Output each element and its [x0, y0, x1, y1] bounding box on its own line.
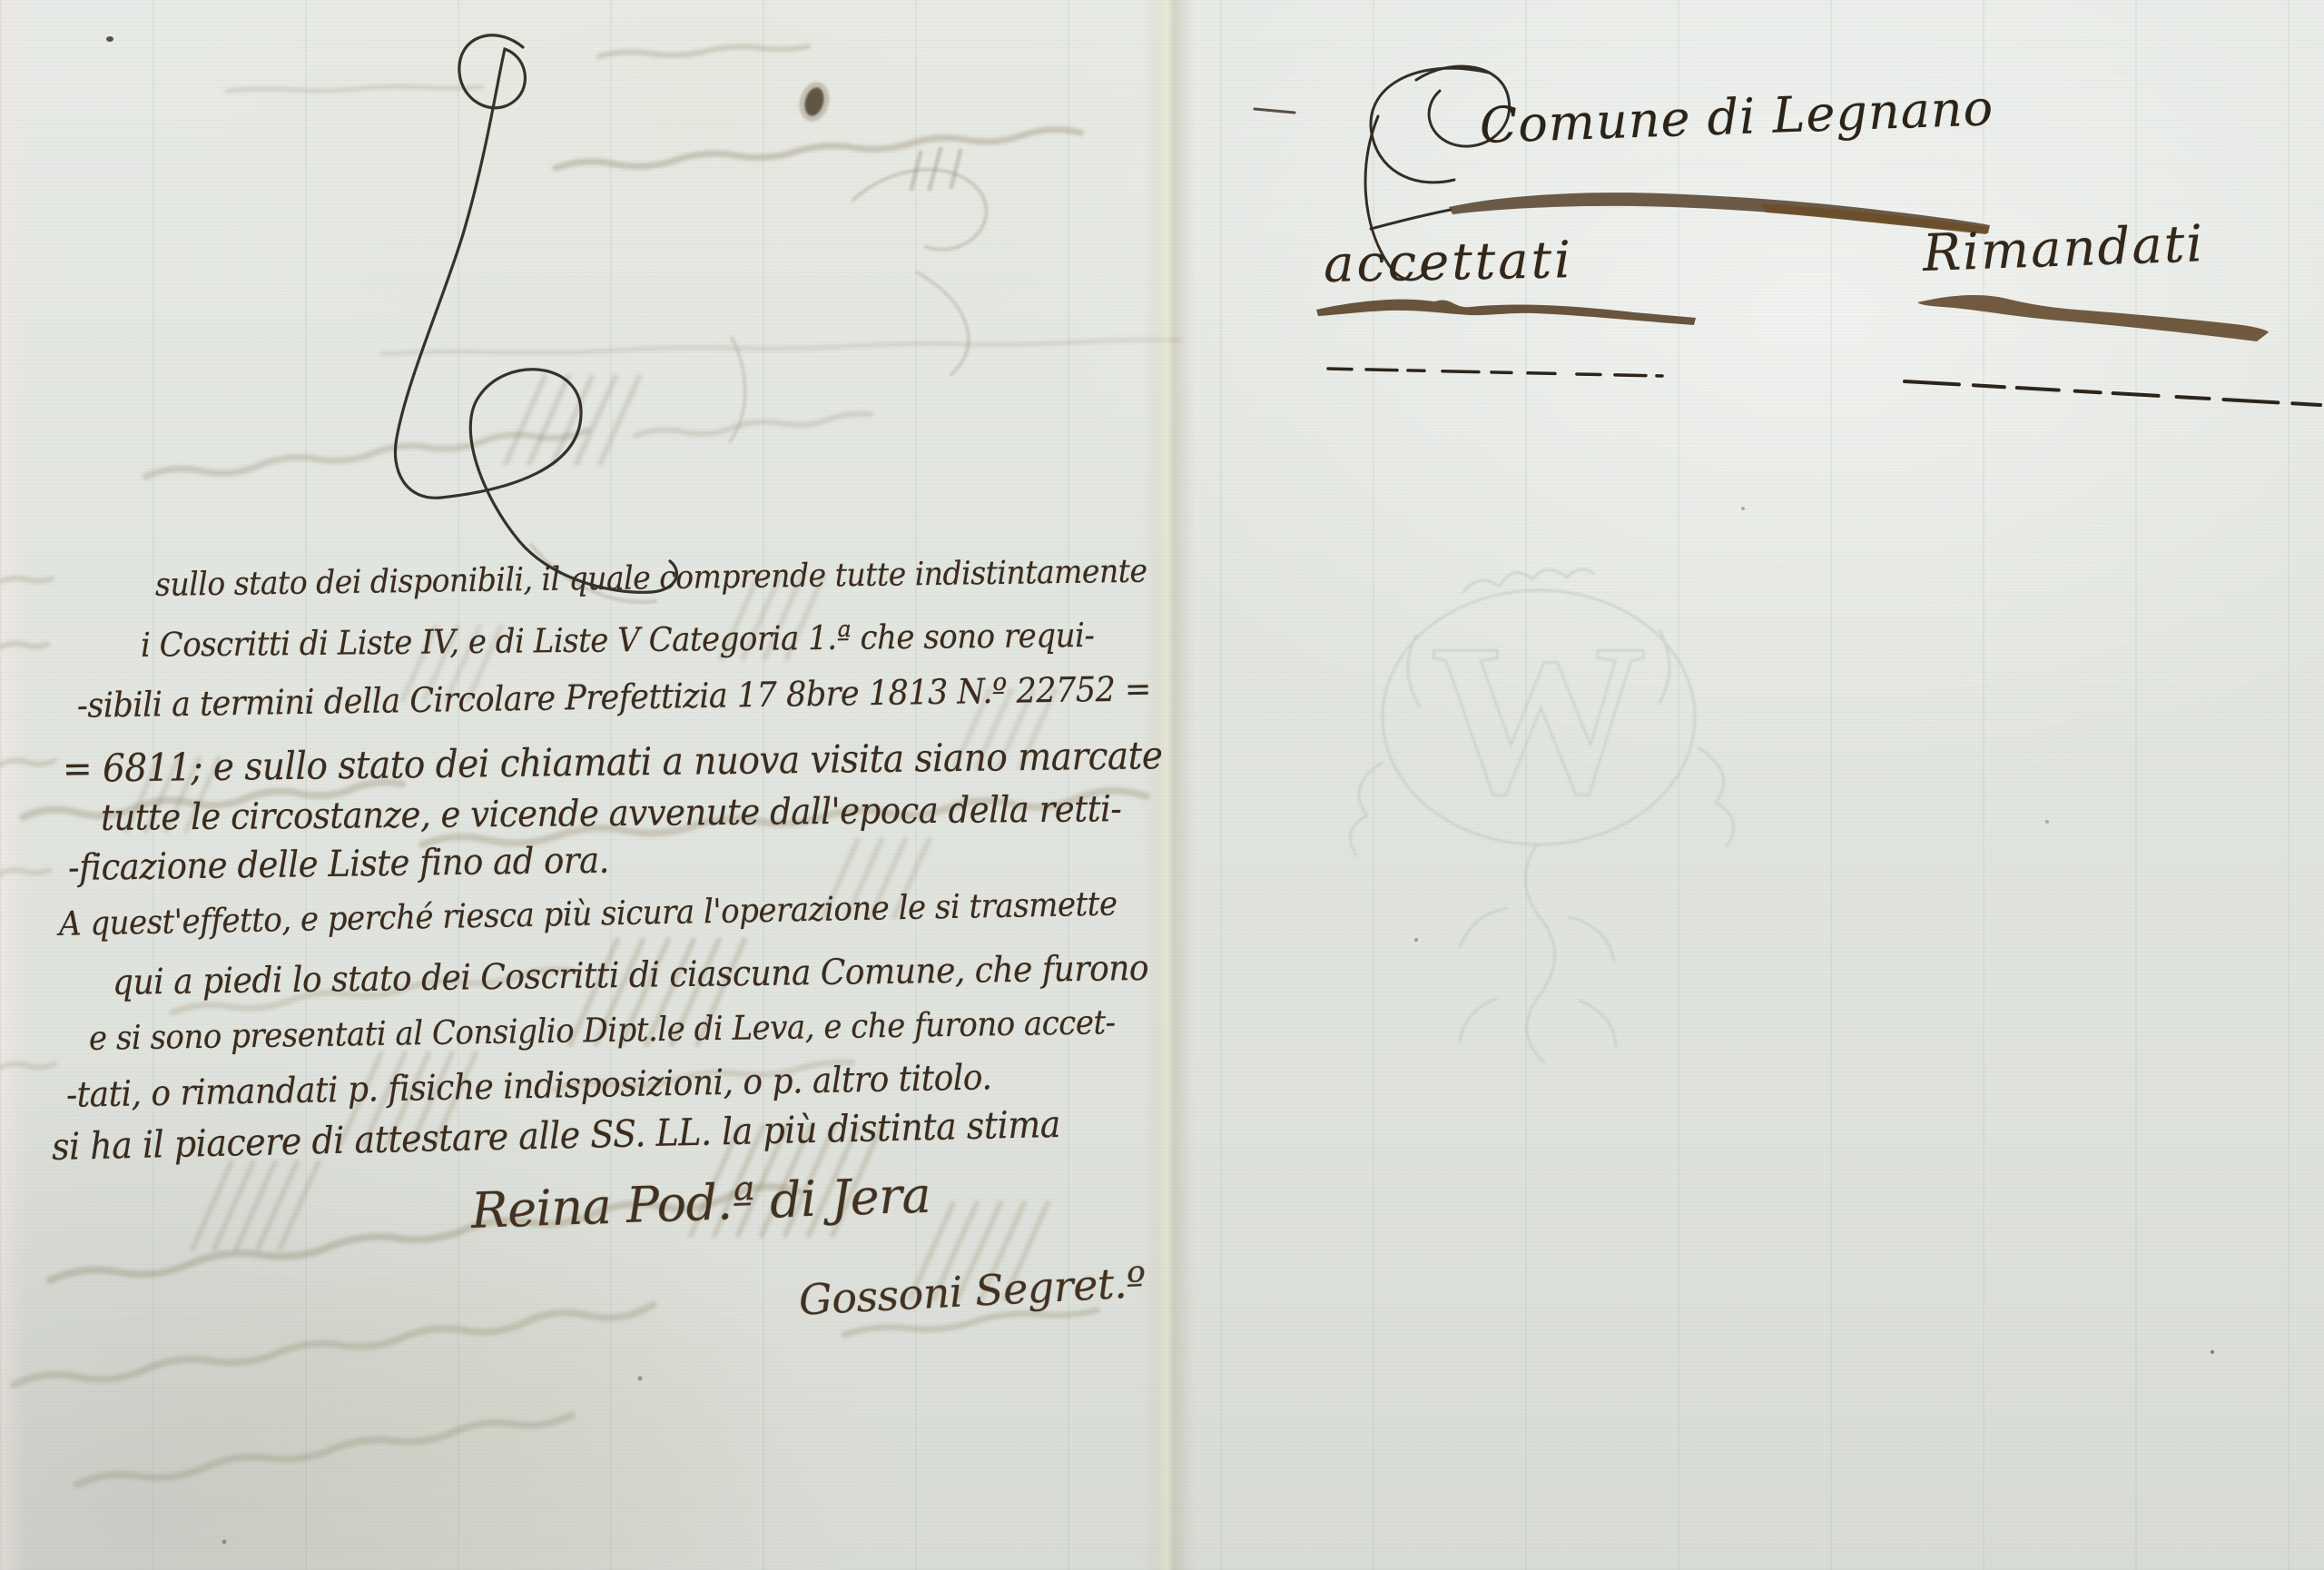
- column-left-label: accettati: [1324, 235, 1574, 291]
- column-right-label: Rimandati: [1922, 219, 2205, 280]
- letter-line: tutte le circostanze, e vicende avvenute…: [101, 791, 1122, 836]
- dashed-line-accettati: [1328, 369, 1662, 376]
- dashed-line-rimandati: [1905, 381, 2320, 405]
- watermark: W: [1350, 569, 1733, 1062]
- bleedthrough-curls: [531, 149, 986, 602]
- letter-line: -ficazione delle Liste fino ad ora.: [68, 842, 609, 885]
- paper-speck: [106, 36, 2214, 1544]
- ink-blot: [795, 79, 833, 125]
- ink-flourish: [395, 35, 676, 592]
- document-photo: W: [0, 0, 2324, 1570]
- ink-underline-title: [1449, 193, 1990, 234]
- ink-dash-mark: [1255, 109, 1295, 113]
- watermark-letter: W: [1431, 600, 1647, 839]
- ink-underline-accettati: [1316, 300, 1696, 325]
- letter-line: i Coscritti di Liste IV, e di Liste V Ca…: [141, 619, 1095, 663]
- ink-underline-rimandati: [1917, 295, 2269, 341]
